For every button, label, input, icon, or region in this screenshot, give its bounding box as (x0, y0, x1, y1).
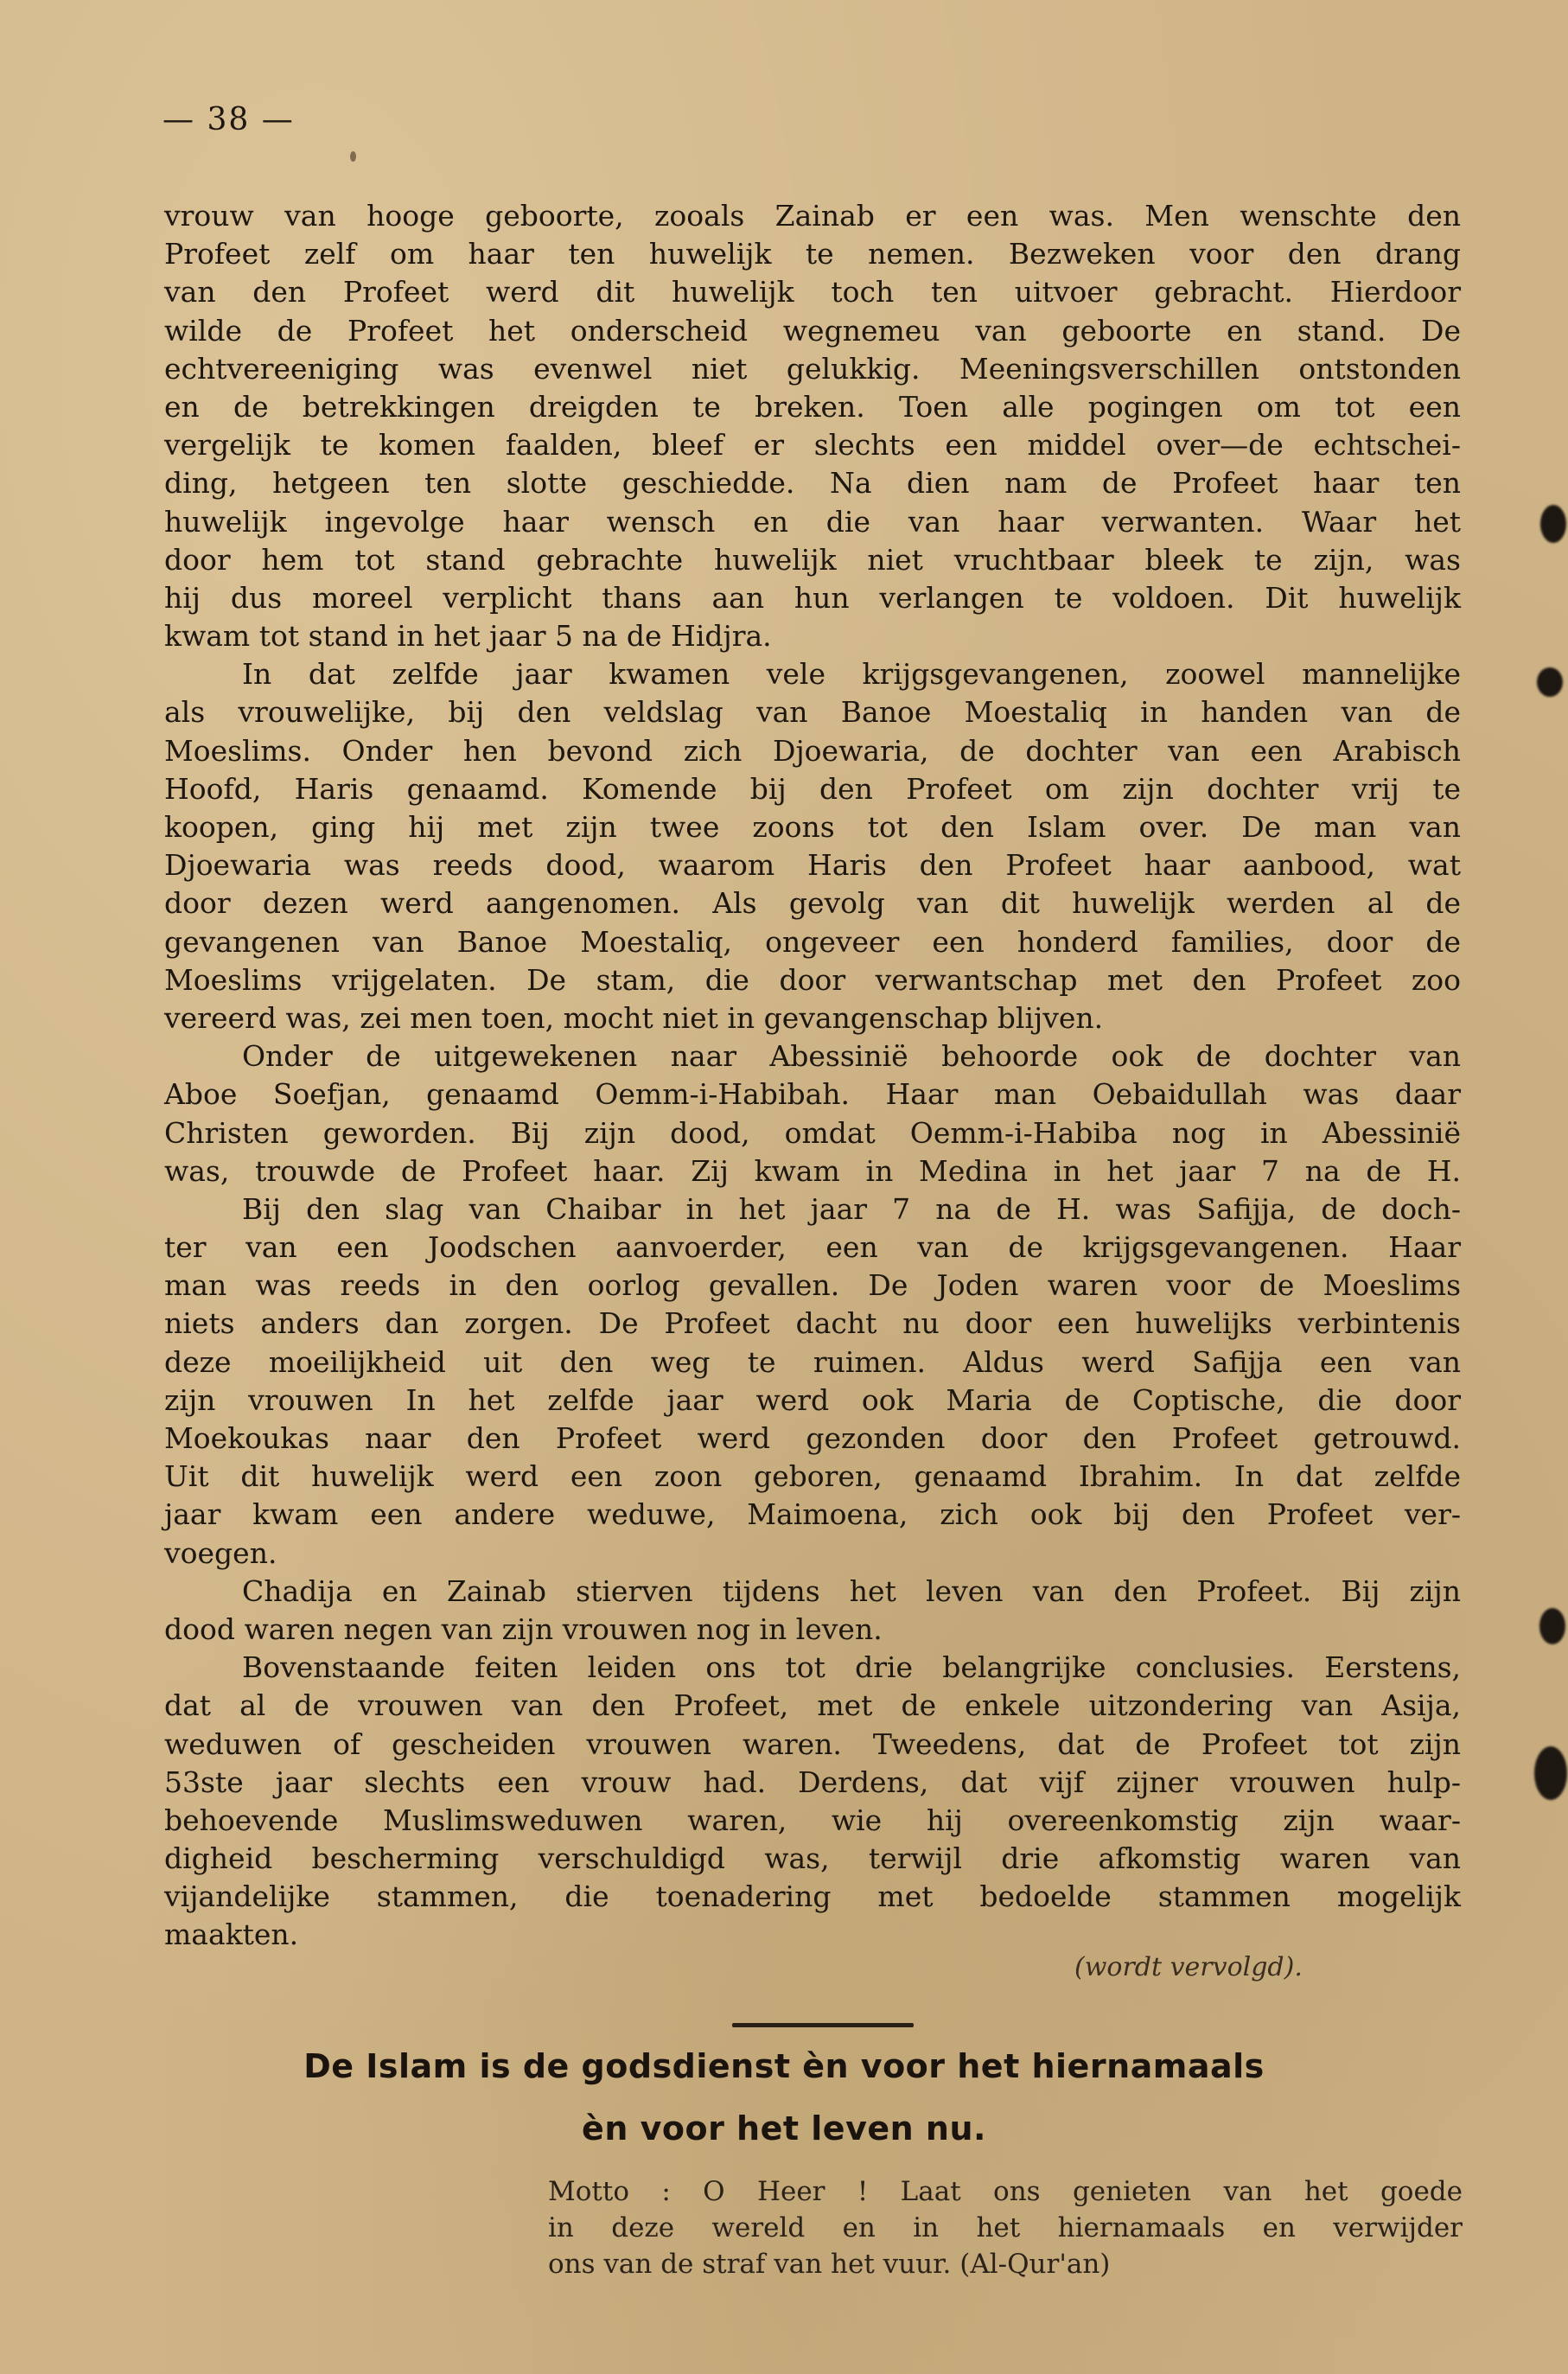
page-number: — 38 — (163, 102, 295, 137)
motto-line: Motto : O Heer ! Laat ons genieten van h… (548, 2173, 1463, 2210)
text-line: vijandelijke stammen, die toenadering me… (164, 1878, 1461, 1916)
text-line: Moeslims vrijgelaten. De stam, die door … (164, 961, 1461, 999)
text-line: door dezen werd aangenomen. Als gevolg v… (164, 884, 1461, 922)
binding-hole (1534, 1746, 1567, 1800)
section-heading-line-2: èn voor het leven nu. (0, 2109, 1568, 2147)
text-line: digheid bescherming verschuldigd was, te… (164, 1840, 1461, 1878)
text-line: man was reeds in den oorlog gevallen. De… (164, 1267, 1461, 1305)
text-line: echtvereeniging was evenwel niet gelukki… (164, 350, 1461, 388)
binding-hole (1540, 505, 1566, 543)
motto-block: Motto : O Heer ! Laat ons genieten van h… (548, 2173, 1463, 2282)
text-line: Moekoukas naar den Profeet werd gezonden… (164, 1420, 1461, 1458)
text-line: vereerd was, zei men toen, mocht niet in… (164, 999, 1461, 1037)
text-line: dood waren negen van zijn vrouwen nog in… (164, 1611, 1461, 1649)
paragraph-start: Chadija en Zainab stierven tijdens het l… (164, 1573, 1461, 1611)
continued-note: (wordt vervolgd). (1074, 1952, 1303, 1982)
binding-hole (1537, 667, 1563, 697)
text-line: voegen. (164, 1535, 1461, 1573)
motto-line: in deze wereld en in het hiernamaals en … (548, 2210, 1463, 2246)
text-line: Uit dit huwelijk werd een zoon geboren, … (164, 1458, 1461, 1496)
paragraph-start: Bovenstaande feiten leiden ons tot drie … (164, 1649, 1461, 1687)
text-line: ding, hetgeen ten slotte geschiedde. Na … (164, 464, 1461, 502)
text-line: deze moeilijkheid uit den weg te ruimen.… (164, 1343, 1461, 1382)
motto-line: ons van de straf van het vuur. (Al-Qur'a… (548, 2246, 1463, 2282)
text-line: Moeslims. Onder hen bevond zich Djoewari… (164, 732, 1461, 770)
binding-hole (1539, 1608, 1565, 1644)
text-line: Christen geworden. Bij zijn dood, omdat … (164, 1114, 1461, 1152)
text-line: als vrouwelijke, bij den veldslag van Ba… (164, 693, 1461, 731)
text-line: Hoofd, Haris genaamd. Komende bij den Pr… (164, 770, 1461, 808)
text-line: vergelijk te komen faalden, bleef er sle… (164, 426, 1461, 464)
text-line: ter van een Joodschen aanvoerder, een va… (164, 1228, 1461, 1267)
text-line: en de betrekkingen dreigden te breken. T… (164, 388, 1461, 426)
text-line: niets anders dan zorgen. De Profeet dach… (164, 1305, 1461, 1343)
section-heading-line-1: De Islam is de godsdienst èn voor het hi… (0, 2047, 1568, 2085)
paragraph-start: In dat zelfde jaar kwamen vele krijgsgev… (164, 655, 1461, 693)
text-line: zijn vrouwen In het zelfde jaar werd ook… (164, 1382, 1461, 1420)
text-line: gevangenen van Banoe Moestaliq, ongeveer… (164, 923, 1461, 961)
text-line: vrouw van hooge geboorte, zooals Zainab … (164, 197, 1461, 235)
text-line: weduwen of gescheiden vrouwen waren. Twe… (164, 1726, 1461, 1764)
paragraph-start: Bij den slag van Chaibar in het jaar 7 n… (164, 1190, 1461, 1228)
article-body: vrouw van hooge geboorte, zooals Zainab … (164, 197, 1461, 1955)
section-divider (732, 2023, 914, 2027)
text-line: jaar kwam een andere weduwe, Maimoena, z… (164, 1496, 1461, 1534)
text-line: 53ste jaar slechts een vrouw had. Derden… (164, 1764, 1461, 1802)
text-line: Profeet zelf om haar ten huwelijk te nem… (164, 235, 1461, 273)
text-line: Djoewaria was reeds dood, waarom Haris d… (164, 846, 1461, 884)
text-line: maakten. (164, 1916, 1461, 1954)
ink-speck (350, 151, 356, 162)
text-line: kwam tot stand in het jaar 5 na de Hidjr… (164, 617, 1461, 655)
text-line: hij dus moreel verplicht thans aan hun v… (164, 579, 1461, 617)
text-line: wilde de Profeet het onderscheid wegneme… (164, 312, 1461, 350)
text-line: van den Profeet werd dit huwelijk toch t… (164, 273, 1461, 311)
text-line: dat al de vrouwen van den Profeet, met d… (164, 1687, 1461, 1725)
text-line: huwelijk ingevolge haar wensch en die va… (164, 503, 1461, 541)
text-line: Aboe Soefjan, genaamd Oemm-i-Habibah. Ha… (164, 1075, 1461, 1114)
text-line: was, trouwde de Profeet haar. Zij kwam i… (164, 1152, 1461, 1190)
paragraph-start: Onder de uitgewekenen naar Abessinië beh… (164, 1037, 1461, 1075)
text-line: behoevende Muslimsweduwen waren, wie hij… (164, 1802, 1461, 1840)
text-line: door hem tot stand gebrachte huwelijk ni… (164, 541, 1461, 579)
text-line: koopen, ging hij met zijn twee zoons tot… (164, 808, 1461, 846)
